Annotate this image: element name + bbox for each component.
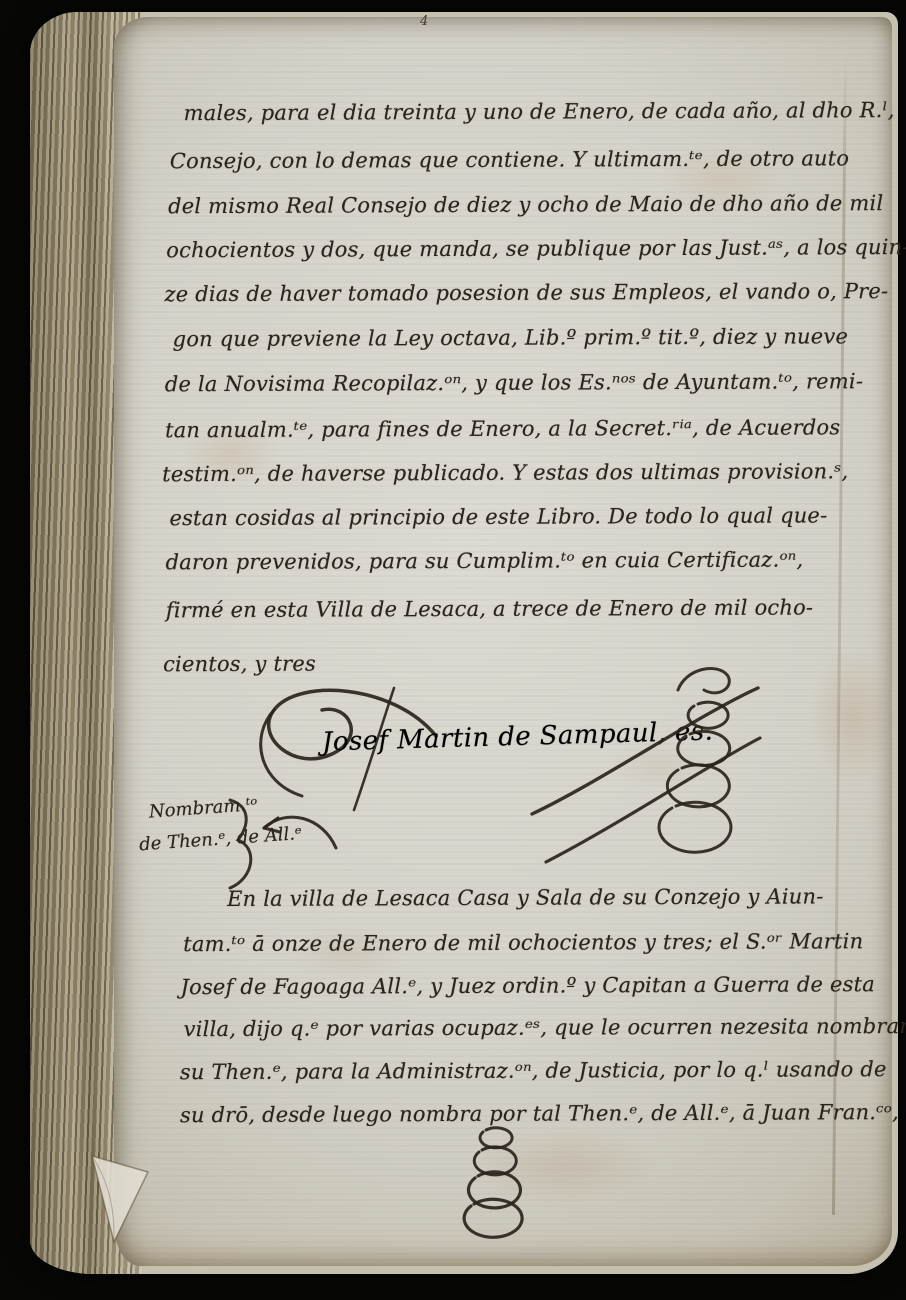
manuscript-line: En la villa de Lesaca Casa y Sala de su … [227,884,823,911]
manuscript-paragraph-2: En la villa de Lesaca Casa y Sala de su … [0,0,906,1300]
scanned-manuscript-photo: 4 males, para el dia treinta y uno de En… [0,0,906,1300]
manuscript-line: tam.ᵗᵒ ā onze de Enero de mil ochociento… [183,929,863,956]
manuscript-line: su Then.ᵉ, para la Administraz.ᵒⁿ, de Ju… [180,1057,887,1084]
manuscript-line: Josef de Fagoaga All.ᵉ, y Juez ordin.º y… [180,972,875,999]
manuscript-line: su drō, desde luego nombra por tal Then.… [180,1100,906,1127]
closing-rubric [428,1122,538,1237]
manuscript-line: villa, dijo q.ᵉ por varias ocupaz.ᵉˢ, qu… [184,1014,906,1041]
